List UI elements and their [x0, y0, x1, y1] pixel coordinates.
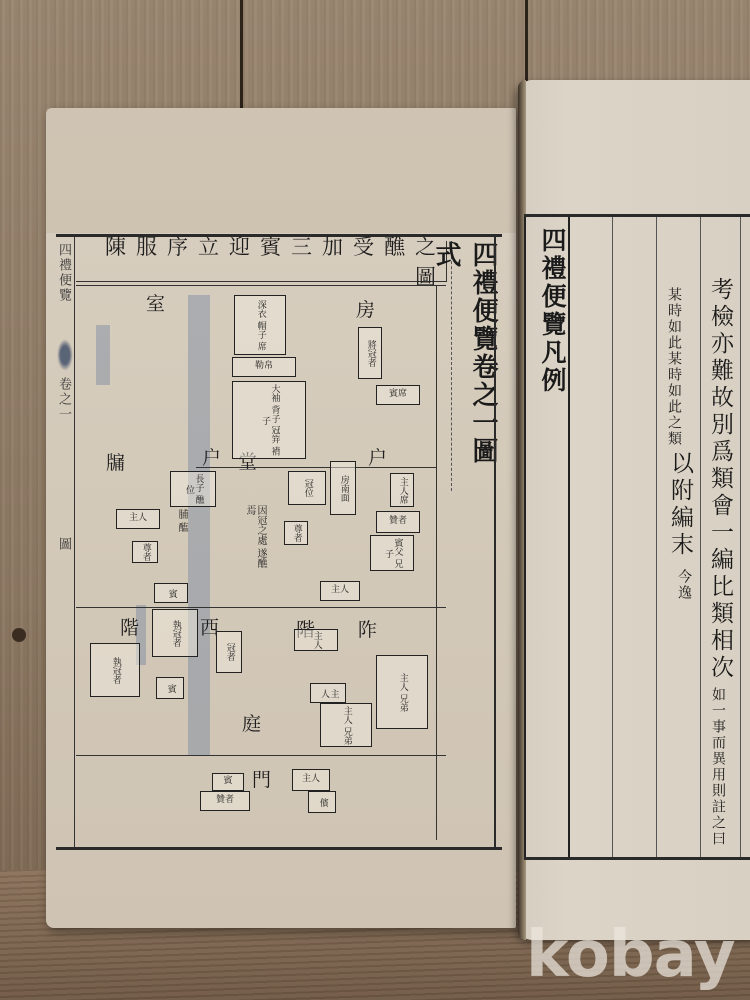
- fishtail-mark-icon: [57, 339, 73, 371]
- text-column-small: 某時如此某時如此之類: [664, 287, 684, 447]
- column-rule: [700, 217, 701, 857]
- margin-volume: 卷之一: [57, 377, 73, 422]
- text-column-partial: 但昏喪之禮儀蓋有一時臨用而不及考閱者: [746, 237, 750, 669]
- box-zhangzi: 長子 醮位: [170, 471, 216, 507]
- kobay-watermark: kobay: [526, 918, 735, 992]
- box-jiangguan: 將冠者: [358, 327, 382, 379]
- right-page: 四禮便覽凡例 某時如此某時如此之類 以附編末 今逸 考檢亦難故別爲類會一編比類相…: [518, 80, 750, 940]
- print-frame: 四禮便覽 卷之一 圖 陳服序立迎賓三加受醮之圖 四禮便覽卷之一圖式 室 房 牖 …: [56, 234, 502, 850]
- box-zhuren-dong: 主人 兄弟: [376, 655, 428, 729]
- box-men-zhuren: 主人: [292, 769, 330, 791]
- label-fang: 房: [356, 295, 375, 322]
- column-rule: [656, 217, 657, 857]
- wood-knot: [12, 628, 26, 642]
- text-column-main: 考檢亦難故別爲類會一編比類相次: [704, 277, 737, 682]
- box-belt: 勒帛: [232, 357, 296, 377]
- box-zunzhe-2: 尊者: [284, 521, 308, 545]
- frame-right-border: [494, 237, 496, 847]
- column-rule: [612, 217, 613, 857]
- box-bin-steps: 賓: [156, 677, 184, 699]
- margin-column: 四禮便覽 卷之一 圖: [56, 237, 75, 847]
- label-zuo: 阼: [358, 615, 377, 642]
- text-column-annotation: 如一事而異用則註之曰: [708, 687, 728, 847]
- box-men-zanzhe: 贊者: [200, 791, 250, 811]
- bleed-through-ink: [188, 295, 210, 755]
- diagram-right-line: [436, 285, 437, 840]
- gate-line: [76, 755, 446, 756]
- box-zhuren: 主人: [116, 509, 160, 529]
- label-hu-left: 户: [202, 443, 221, 470]
- label-men: 門: [252, 765, 271, 792]
- label-shi: 室: [146, 289, 165, 316]
- text-column-note: 今逸: [674, 569, 694, 601]
- right-print-frame: 四禮便覽凡例 某時如此某時如此之類 以附編末 今逸 考檢亦難故別爲類會一編比類相…: [524, 214, 750, 860]
- left-page: 四禮便覽 卷之一 圖 陳服序立迎賓三加受醮之圖 四禮便覽卷之一圖式 室 房 牖 …: [46, 108, 516, 928]
- box-zhiban: 贊者: [376, 511, 420, 533]
- column-rule: [524, 217, 526, 857]
- box-zhiren-lower: 主人: [310, 683, 346, 703]
- box-fangnan: 房南面: [330, 461, 356, 515]
- box-clothing-list: 大袖 背子 冠笄 褙子: [232, 381, 306, 459]
- label-ting: 庭: [242, 709, 261, 736]
- label-hu-right: 户: [368, 443, 387, 470]
- margin-book-title: 四禮便覽: [57, 243, 73, 303]
- plank-gap: [240, 0, 243, 120]
- box-xijie-list: 執冠者: [152, 609, 198, 657]
- note-zhangzi: 脯 醢: [176, 509, 187, 549]
- diagram-title: 陳服序立迎賓三加受醮之圖: [76, 241, 447, 282]
- box-guanzhe: 冠者: [216, 631, 242, 673]
- box-bin-west: 賓: [154, 583, 188, 603]
- box-zhuren-west: 冠位: [288, 471, 326, 505]
- box-robes: 深衣 帽子 席: [234, 295, 286, 355]
- box-binfu: 賓父 兄子: [370, 535, 414, 571]
- box-three-col: 主人 兄弟: [320, 703, 372, 747]
- box-bin-seat: 賓席: [376, 385, 420, 405]
- margin-section: 圖: [57, 537, 73, 552]
- bleed-through-ink: [96, 325, 110, 385]
- box-men-bin2: 儐: [308, 791, 336, 813]
- page-top-margin: [46, 108, 516, 233]
- text-column-big: 以附編末: [664, 451, 697, 559]
- box-steps-left: 執冠者: [90, 643, 140, 697]
- label-xijie: 階: [120, 613, 139, 640]
- box-zhiren-top: 主人: [320, 581, 360, 601]
- box-zhiren: 主人: [294, 629, 338, 651]
- note-tang: 因冠之處 遂醮焉: [244, 505, 266, 575]
- box-zunzhe: 尊者: [132, 541, 158, 563]
- ceremony-diagram: 室 房 牖 户 户 堂 階 西 階 阼 庭 門 深衣 帽子 席 勒帛 大袖 背子…: [76, 285, 446, 840]
- diagram-top-line: [76, 285, 446, 286]
- steps-line: [76, 607, 446, 608]
- column-rule: [740, 217, 741, 857]
- label-yong: 牖: [106, 448, 125, 475]
- box-zhuren-seat: 主人席: [390, 473, 414, 507]
- right-vertical-title: 四禮便覽凡例: [530, 227, 570, 395]
- hall-line: [196, 467, 436, 468]
- box-men-bin: 賓: [212, 773, 244, 791]
